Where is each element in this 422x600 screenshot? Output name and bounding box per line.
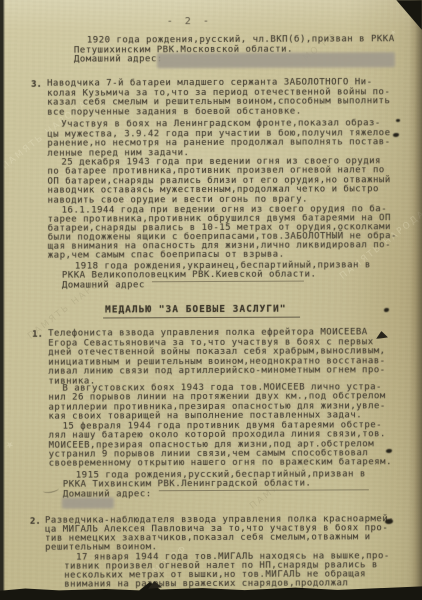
- medal-section-heading: МЕДАЛЬЮ "ЗА БОЕВЫЕ ЗАСЛУГИ": [103, 304, 300, 319]
- scan-right-edge-shadow: [409, 0, 422, 600]
- address-redaction-block: [157, 52, 395, 68]
- item2-citation-paragraph: Разведчика-наблюдателя взвода управления…: [45, 515, 394, 552]
- item3-citation-paragraph: Наводчика 7-й батареи младшего сержанта …: [47, 78, 390, 117]
- item2-combat-paragraph-1: 17 января 1944 года тов.МИГАЛЬ находясь …: [64, 552, 390, 589]
- typewritten-text-layer: - 2 - 1920 года рождения,русский, чл.ВКП…: [0, 0, 422, 600]
- list-item-number: 1.: [32, 330, 43, 340]
- item1-bio-paragraph: 1915 года рождения,русский,беспартийный,…: [63, 470, 366, 499]
- list-item-number: 3.: [31, 80, 42, 90]
- text-line: все порученные задания в боевой обстанов…: [47, 107, 390, 118]
- item3-combat-paragraph-2: 25 декабря 1943 года при ведении огня из…: [47, 157, 390, 206]
- address-redaction-block: [62, 497, 114, 508]
- pencil-mark: [42, 485, 59, 494]
- text-line: своевременному открытию нашего огня по в…: [49, 458, 392, 469]
- item1-combat-paragraph-2: 15 февраля 1944 года противник двумя бат…: [49, 421, 392, 469]
- item3-bio-paragraph: 1918 года рождения,украинец,беспартийный…: [62, 261, 371, 290]
- list-item-number: 2.: [30, 517, 41, 527]
- text-line: внимания на разрывы вражеских снарядов,п…: [64, 579, 390, 589]
- text-line: ливал линию связи под артиллерийско-мино…: [48, 366, 385, 377]
- item1-combat-paragraph-1: В августовских боях 1943 года тов.МОИСЕЕ…: [48, 383, 386, 422]
- scan-left-edge-shadow: [0, 0, 5, 600]
- item3-combat-paragraph-1: Участвуя в боях на Ленинградском фронте,…: [47, 119, 390, 158]
- item3-combat-paragraph-3: 16.1.1944 года при ведении огня из своег…: [48, 205, 397, 261]
- page-number: - 2 -: [167, 16, 212, 27]
- scanned-award-document-page: ПАМЯТЬ НАРОДА ПАМЯТЬ НАРОДА ★ МО РФ МО Р…: [0, 0, 422, 600]
- item1-citation-paragraph: Телефониста взвода управления полка ефре…: [48, 328, 386, 386]
